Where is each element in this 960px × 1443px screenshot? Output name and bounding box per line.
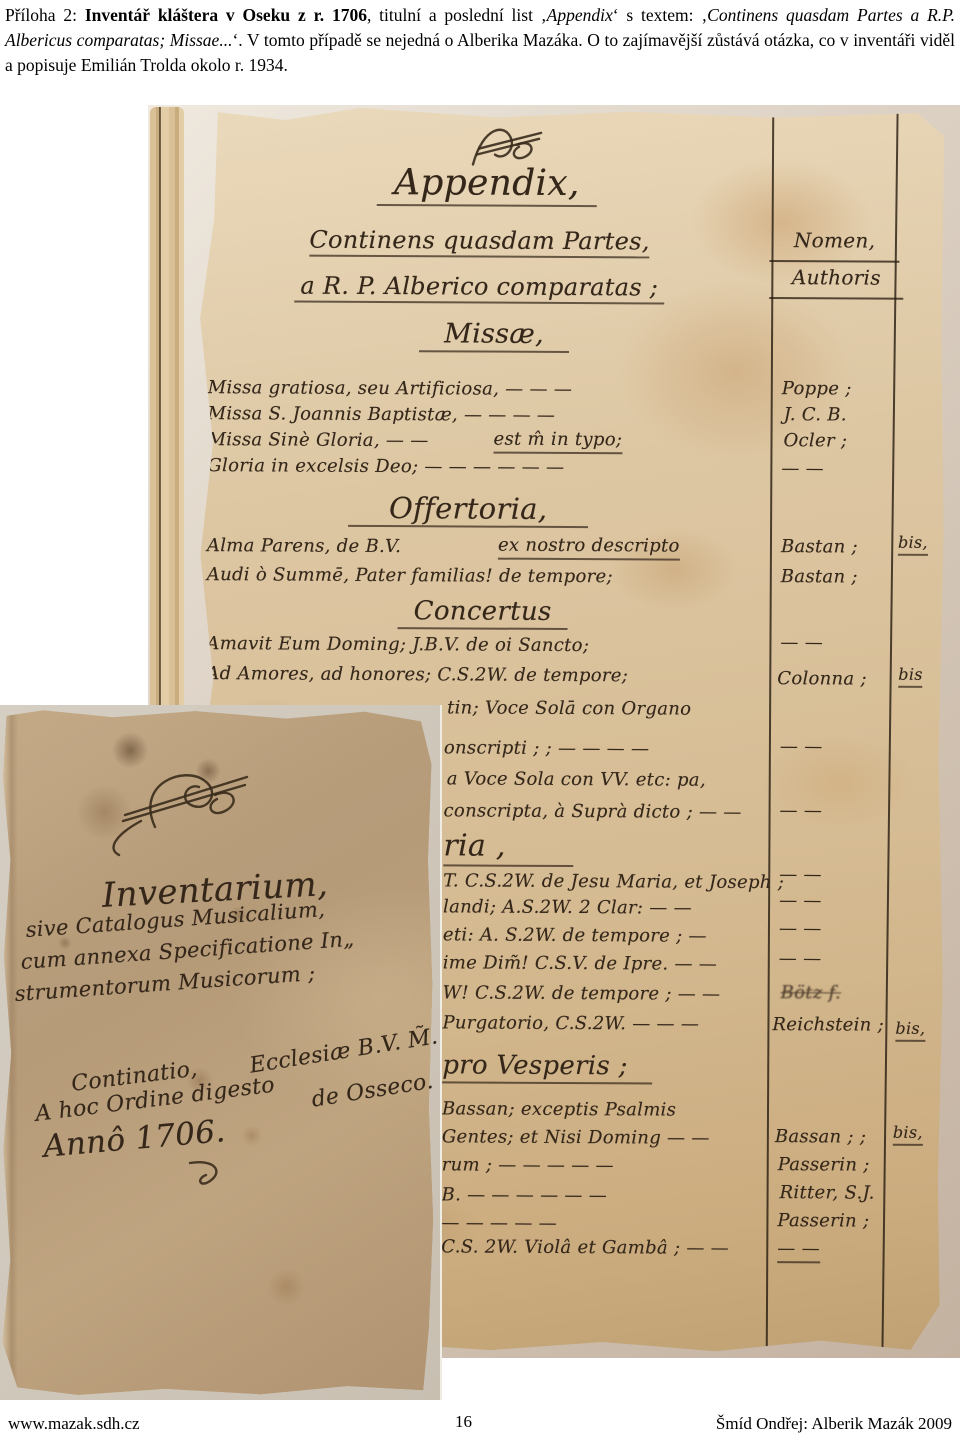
- section-vesperis: pro Vesperis ;: [442, 1052, 652, 1084]
- author-name: Bastan ;: [781, 568, 858, 587]
- authoris-underline: [769, 297, 903, 300]
- handwritten-line: de Osseco. g.: [310, 1065, 442, 1112]
- monogram-flourish-icon: [95, 757, 295, 857]
- author-name: — —: [779, 866, 822, 885]
- author-name: — —: [779, 892, 822, 911]
- handwritten-line: est m̂ in typo;: [493, 431, 622, 455]
- author-name: Reichstein ;: [772, 1016, 884, 1035]
- caption-segment: Inventář kláštera v Oseku z r. 1706: [85, 5, 367, 25]
- caption-segment: ‘ s textem: ‚: [613, 5, 707, 25]
- handwritten-line: Bassan; exceptis Psalmis: [442, 1100, 676, 1120]
- author-name: — —: [780, 634, 823, 653]
- handwritten-line: Missa gratiosa, seu Artificiosa, — — —: [208, 379, 572, 400]
- bis-note: bis: [898, 667, 923, 688]
- section-fragment: ria ,: [443, 830, 573, 866]
- section-concertus: Concertus: [398, 598, 568, 630]
- handwritten-line: rum ; — — — — —: [442, 1156, 614, 1176]
- bis-note: bis,: [898, 535, 928, 556]
- author-name: — —: [779, 950, 822, 969]
- signature-curl-icon: [180, 1157, 240, 1197]
- cover-page: Inventarium,sive Catalogus Musicalium,cu…: [0, 705, 440, 1400]
- col-header-authoris: Authoris: [792, 267, 881, 288]
- handwritten-line: Alma Parens, de B.V.: [207, 537, 401, 557]
- handwritten-line: a Voce Sola con VV. etc: pa,: [447, 770, 706, 790]
- author-name: Passerin ;: [777, 1212, 869, 1231]
- handwritten-line: Missa Sinè Gloria, — —: [207, 431, 428, 451]
- handwritten-line: Gloria in excelsis Deo; — — — — — —: [207, 457, 564, 478]
- handwritten-line: — — — — —: [441, 1214, 557, 1233]
- author-name: — —: [777, 1240, 820, 1263]
- handwritten-line: Ad Amores, ad honores; C.S.2W. de tempor…: [206, 665, 628, 686]
- caption-segment: , titulní a poslední list ‚: [367, 5, 547, 25]
- handwritten-line: onscripti ; ; — — — —: [444, 739, 649, 759]
- handwritten-line: ime Dim̃! C.S.V. de Ipre. — —: [443, 954, 717, 974]
- subtitle-continens: Continens quasdam Partes,: [309, 228, 649, 259]
- author-name: Colonna ;: [777, 670, 867, 689]
- handwritten-line: conscripta, à Suprà dicto ; — —: [444, 802, 742, 822]
- document-page: Příloha 2: Inventář kláštera v Oseku z r…: [0, 0, 960, 1443]
- footer-page-number: 16: [455, 1412, 472, 1432]
- title-appendix: Appendix,: [377, 164, 597, 207]
- section-missae: Missæ,: [419, 320, 569, 353]
- bis-note: bis,: [895, 1021, 925, 1042]
- author-name: Ritter, S.J.: [780, 1184, 875, 1203]
- author-name: Bötz f.: [781, 984, 841, 1003]
- handwritten-line: T. C.S.2W. de Jesu Maria, et Joseph ;: [443, 872, 784, 893]
- author-name: — —: [780, 738, 823, 757]
- caption-segment: Příloha 2:: [5, 5, 85, 25]
- handwritten-line: Amavit Eum Doming; J.B.V. de oi Sancto;: [206, 635, 589, 656]
- col-header-nomen: Nomen,: [794, 230, 875, 251]
- handwritten-line: Purgatorio, C.S.2W. — — —: [442, 1014, 699, 1034]
- handwritten-line: C.S. 2W. Violâ et Gambâ ; — —: [441, 1238, 729, 1258]
- author-name: Ocler ;: [783, 432, 847, 451]
- handwritten-line: eti: A. S.2W. de tempore ; —: [443, 926, 707, 946]
- subtitle-comparatas: a R. P. Alberico comparatas ;: [294, 274, 664, 305]
- author-name: Passerin ;: [778, 1156, 870, 1175]
- bis-note: bis,: [893, 1125, 923, 1146]
- handwritten-line: Missa S. Joannis Baptistæ, — — — —: [208, 405, 556, 426]
- handwritten-line: Audi ò Summē, Pater familias! de tempore…: [207, 566, 613, 587]
- caption-segment: Appendix: [547, 5, 613, 25]
- author-name: J. C. B.: [784, 406, 847, 425]
- footer-website: www.mazak.sdh.cz: [8, 1414, 140, 1434]
- author-name: Bastan ;: [781, 538, 858, 557]
- photo-small-cover: Inventarium,sive Catalogus Musicalium,cu…: [0, 705, 442, 1400]
- handwritten-line: tin; Voce Solā con Organo: [447, 699, 691, 719]
- author-name: — —: [781, 460, 824, 479]
- handwritten-line: Gentes; et Nisi Doming — —: [442, 1128, 710, 1148]
- handwritten-line: landi; A.S.2W. 2 Clar: — —: [443, 898, 692, 918]
- author-name: Bassan ; ;: [775, 1128, 866, 1147]
- handwritten-line: B. — — — — — —: [442, 1186, 608, 1206]
- handwritten-line: Ecclesiæ B.V. M̃.: [248, 1025, 440, 1078]
- handwritten-line: W! C.S.2W. de tempore ; — —: [443, 984, 721, 1004]
- caption: Příloha 2: Inventář kláštera v Oseku z r…: [5, 3, 955, 78]
- handwritten-line: ex nostro descripto: [498, 537, 680, 561]
- author-name: — —: [779, 920, 822, 939]
- author-name: — —: [780, 802, 823, 821]
- footer-credit: Šmíd Ondřej: Alberik Mazák 2009: [716, 1414, 952, 1434]
- nomen-underline: [769, 260, 899, 263]
- section-offertoria: Offertoria,: [348, 493, 588, 529]
- author-name: Poppe ;: [782, 380, 852, 399]
